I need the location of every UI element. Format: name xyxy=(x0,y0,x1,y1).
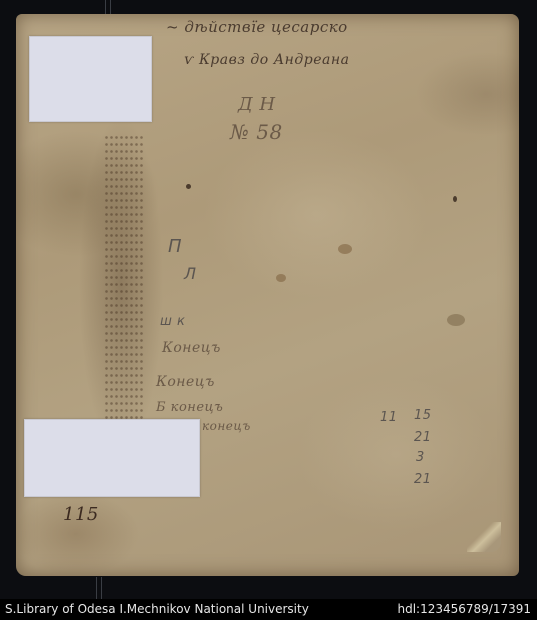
top-inscription-line1: ~ дѣйствїе цесарско xyxy=(166,18,348,36)
right-number: 15 xyxy=(414,408,432,423)
bottom-label-patch xyxy=(24,419,200,497)
stain xyxy=(453,196,457,202)
clip-line xyxy=(101,577,102,599)
middle-word: Конецъ xyxy=(156,374,215,390)
right-number: 21 xyxy=(414,430,432,445)
shelfmark-line2: № 58 xyxy=(230,120,283,144)
right-number: 3 xyxy=(416,450,425,465)
middle-word: конецъ xyxy=(202,419,251,433)
middle-mark: ш к xyxy=(160,314,185,329)
clip-line xyxy=(110,0,111,14)
top-label-patch xyxy=(29,36,152,122)
page-curl xyxy=(467,522,501,552)
middle-word: Конецъ xyxy=(162,340,221,356)
attribution-bar: S.Library of Odesa I.Mechnikov National … xyxy=(0,599,537,620)
middle-mark: Л xyxy=(184,264,197,283)
stain xyxy=(276,274,286,282)
institution-credit: S.Library of Odesa I.Mechnikov National … xyxy=(5,599,309,620)
manuscript-cover: ~ дѣйствїе цесарско ѵ Кравз до Андреана … xyxy=(16,14,519,576)
stain xyxy=(186,184,191,189)
clip-line xyxy=(96,577,97,599)
handle-identifier: hdl:123456789/17391 xyxy=(397,599,531,620)
spine-stain xyxy=(104,134,144,434)
stain xyxy=(338,244,352,254)
middle-mark: П xyxy=(168,236,182,257)
bottom-number: 115 xyxy=(63,504,99,525)
right-number: 11 xyxy=(380,410,398,425)
shelfmark-line1: Д Н xyxy=(238,94,276,115)
stain xyxy=(447,314,465,326)
image-viewer: ~ дѣйствїе цесарско ѵ Кравз до Андреана … xyxy=(0,0,537,599)
clip-line xyxy=(105,0,106,14)
top-inscription-line2: ѵ Кравз до Андреана xyxy=(184,52,349,68)
right-number: 21 xyxy=(414,472,432,487)
middle-word: Б конецъ xyxy=(156,400,223,415)
